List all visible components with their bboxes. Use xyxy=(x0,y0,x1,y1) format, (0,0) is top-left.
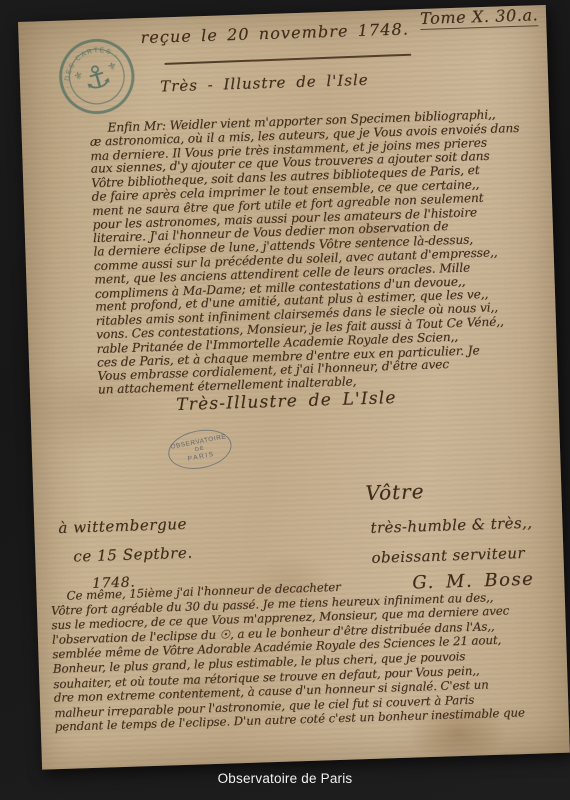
document-photo: Tome X. 30.a. reçue le 20 novembre 1748.… xyxy=(0,0,570,800)
place-date-line: à wittembergue xyxy=(58,515,192,537)
fleur-de-lis-right-icon: ⚜ xyxy=(106,59,119,74)
observatoire-oval-stamp: OBSERVATOIRE DE PARIS xyxy=(165,425,235,474)
received-date-annotation: reçue le 20 novembre 1748. xyxy=(140,19,409,47)
place-date-line: ce 15 Septbre. xyxy=(73,544,193,566)
tome-annotation: Tome X. 30.a. xyxy=(420,5,539,30)
valediction-pronoun: Vôtre xyxy=(365,479,425,505)
salutation: Très - Illustre de l'Isle xyxy=(160,71,369,96)
valediction-line: obeissant serviteur xyxy=(371,544,533,567)
marine-anchor-stamp-icon: · DES CARTES · ⚓ ⚜ ⚜ xyxy=(49,28,145,124)
letter-body: Enfin Mr: Weidler vient m'apporter son S… xyxy=(89,107,560,398)
oval-stamp-line: PARIS xyxy=(187,451,215,463)
valediction-line: très-humble & très,, xyxy=(370,514,532,537)
ink-rule-line xyxy=(164,54,411,65)
letter-paper: Tome X. 30.a. reçue le 20 novembre 1748.… xyxy=(18,5,570,770)
postscript: Ce même, 15ième j'ai l'honneur de decach… xyxy=(50,573,568,735)
photo-caption: Observatoire de Paris xyxy=(0,771,570,786)
